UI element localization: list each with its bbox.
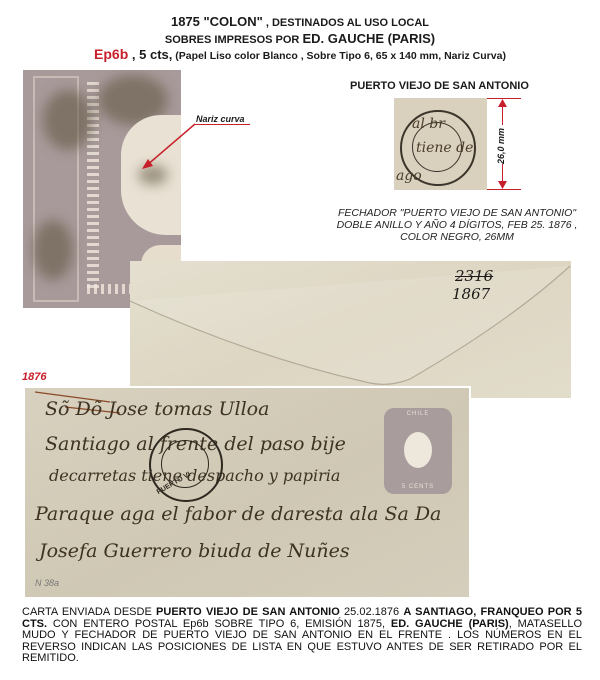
caption: CARTA ENVIADA DESDE PUERTO VIEJO DE SAN … (22, 607, 582, 665)
caption-printer: ED. GAUCHE (PARIS) (391, 618, 509, 630)
catalog-value: , 5 cts, (128, 47, 172, 62)
handwriting: al br (412, 116, 445, 132)
stain (33, 220, 73, 280)
pencil-note: N 38a (35, 578, 59, 588)
address-line: Josefa Guerrero biuda de Nuñes (39, 540, 350, 562)
envelope-back-image: 2316 1867 (130, 261, 571, 398)
stain (43, 90, 93, 150)
envelope-flap (130, 261, 571, 398)
caption-origin: PUERTO VIEJO DE SAN ANTONIO (156, 606, 340, 618)
year-label: 1876 (22, 371, 46, 383)
stamp-country: CHILE (384, 411, 452, 417)
postmark-title: PUERTO VIEJO DE SAN ANTONIO (350, 80, 529, 92)
postmark-closeup-image: al br tiene de ago (394, 98, 487, 190)
annotation-underline (194, 124, 250, 125)
subtitle: SOBRES IMPRESOS POR ED. GAUCHE (PARIS) (0, 31, 600, 46)
handwriting: tiene de (416, 140, 473, 156)
caption-date: 25.02.1876 (340, 606, 404, 618)
stamp-value: 5 CENTS (384, 484, 452, 490)
page-title: 1875 "COLON" , DESTINADOS AL USO LOCAL (0, 14, 600, 29)
catalog-line: Ep6b , 5 cts, (Papel Liso color Blanco ,… (0, 46, 600, 62)
nose-annotation-label: Nariz curva (196, 114, 245, 124)
list-number-crossed: 2316 (455, 267, 493, 285)
list-number: 1867 (452, 285, 490, 303)
address-line: Paraque aga el fabor de daresta ala Sa D… (35, 503, 441, 525)
subtitle-prefix: SOBRES IMPRESOS POR (165, 34, 303, 46)
subtitle-printer: ED. GAUCHE (PARIS) (302, 31, 435, 46)
postmark-description: FECHADOR "PUERTO VIEJO DE SAN ANTONIO" D… (325, 207, 589, 243)
title-usage: , DESTINADOS AL USO LOCAL (263, 17, 429, 29)
caption-text: CARTA ENVIADA DESDE (22, 606, 156, 618)
title-issue: 1875 "COLON" (171, 14, 263, 29)
caption-text: CON ENTERO POSTAL Ep6b SOBRE TIPO 6, EMI… (47, 618, 391, 630)
arrow-icon (140, 122, 200, 172)
measurement-label: 26,0 mm (496, 128, 506, 164)
envelope-front-image: Sõ Dõ Jose tomas Ulloa Santiago al frent… (25, 388, 469, 597)
catalog-detail: (Papel Liso color Blanco , Sobre Tipo 6,… (172, 50, 506, 62)
catalog-code: Ep6b (94, 46, 128, 62)
imprinted-stamp: CHILE 5 CENTS (384, 408, 452, 494)
handwriting: ago (396, 168, 422, 184)
address-line: Sõ Dõ Jose tomas Ulloa (45, 398, 269, 420)
stamp-head (404, 432, 432, 468)
postmark: PUERTO VI (149, 428, 223, 502)
